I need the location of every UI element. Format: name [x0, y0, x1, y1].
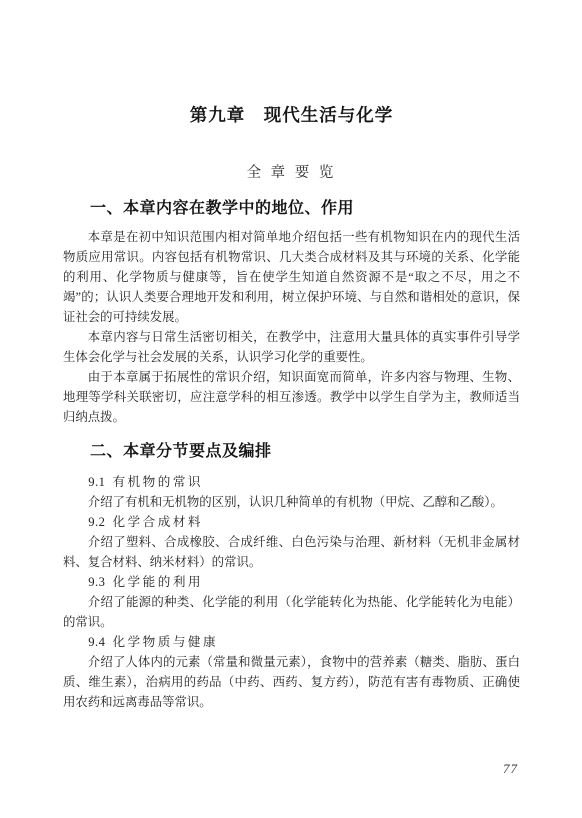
subsection-description: 介绍了塑料、合成橡胶、合成纤维、白色污染与治理、新材料（无机非金属材料、复合材料…	[63, 532, 520, 572]
subsection-title-text: 有机物的常识	[112, 475, 203, 489]
subsection-number: 9.3	[88, 575, 105, 589]
chapter-title: 第九章 现代生活与化学	[63, 104, 520, 126]
section-1-paragraph-3: 由于本章属于拓展性的常识介绍，知识面宽而简单，许多内容与物理、生物、地理等学科关…	[63, 367, 520, 427]
section-1-paragraph-2: 本章内容与日常生活密切相关，在教学中，注意用大量具体的真实事件引导学生体会化学与…	[63, 327, 520, 367]
subsection-9-3: 9.3化学能的利用 介绍了能源的种类、化学能的利用（化学能转化为热能、化学能转化…	[63, 572, 520, 632]
subsection-number: 9.1	[88, 475, 105, 489]
subsection-9-2: 9.2化学合成材料 介绍了塑料、合成橡胶、合成纤维、白色污染与治理、新材料（无机…	[63, 512, 520, 572]
subsection-title-text: 化学合成材料	[112, 515, 203, 529]
book-page: 第九章 现代生活与化学 全 章 要 览 一、本章内容在教学中的地位、作用 本章是…	[0, 0, 582, 818]
subsection-title: 9.4化学物质与健康	[63, 632, 520, 652]
subsection-9-4: 9.4化学物质与健康 介绍了人体内的元素（常量和微量元素），食物中的营养素（糖类…	[63, 632, 520, 712]
page-number: 77	[503, 761, 518, 777]
subsection-title: 9.1有机物的常识	[63, 472, 520, 492]
subsection-description: 介绍了人体内的元素（常量和微量元素），食物中的营养素（糖类、脂肪、蛋白质、维生素…	[63, 652, 520, 712]
subsection-description: 介绍了能源的种类、化学能的利用（化学能转化为热能、化学能转化为电能）的常识。	[63, 592, 520, 632]
subsection-description: 介绍了有机和无机物的区别，认识几种简单的有机物（甲烷、乙醇和乙酸）。	[63, 492, 520, 512]
overview-label: 全 章 要 览	[63, 164, 520, 182]
subsection-title-text: 化学物质与健康	[112, 635, 218, 649]
subsection-number: 9.2	[88, 515, 105, 529]
subsection-title-text: 化学能的利用	[112, 575, 203, 589]
subsection-number: 9.4	[88, 635, 105, 649]
section-1-heading: 一、本章内容在教学中的地位、作用	[63, 199, 520, 218]
page-content: 第九章 现代生活与化学 全 章 要 览 一、本章内容在教学中的地位、作用 本章是…	[63, 0, 520, 712]
section-1-paragraph-1: 本章是在初中知识范围内相对简单地介绍包括一些有机物知识在内的现代生活物质应用常识…	[63, 227, 520, 327]
section-2-heading: 二、本章分节要点及编排	[63, 442, 520, 461]
subsection-9-1: 9.1有机物的常识 介绍了有机和无机物的区别，认识几种简单的有机物（甲烷、乙醇和…	[63, 472, 520, 512]
subsection-title: 9.3化学能的利用	[63, 572, 520, 592]
subsection-title: 9.2化学合成材料	[63, 512, 520, 532]
